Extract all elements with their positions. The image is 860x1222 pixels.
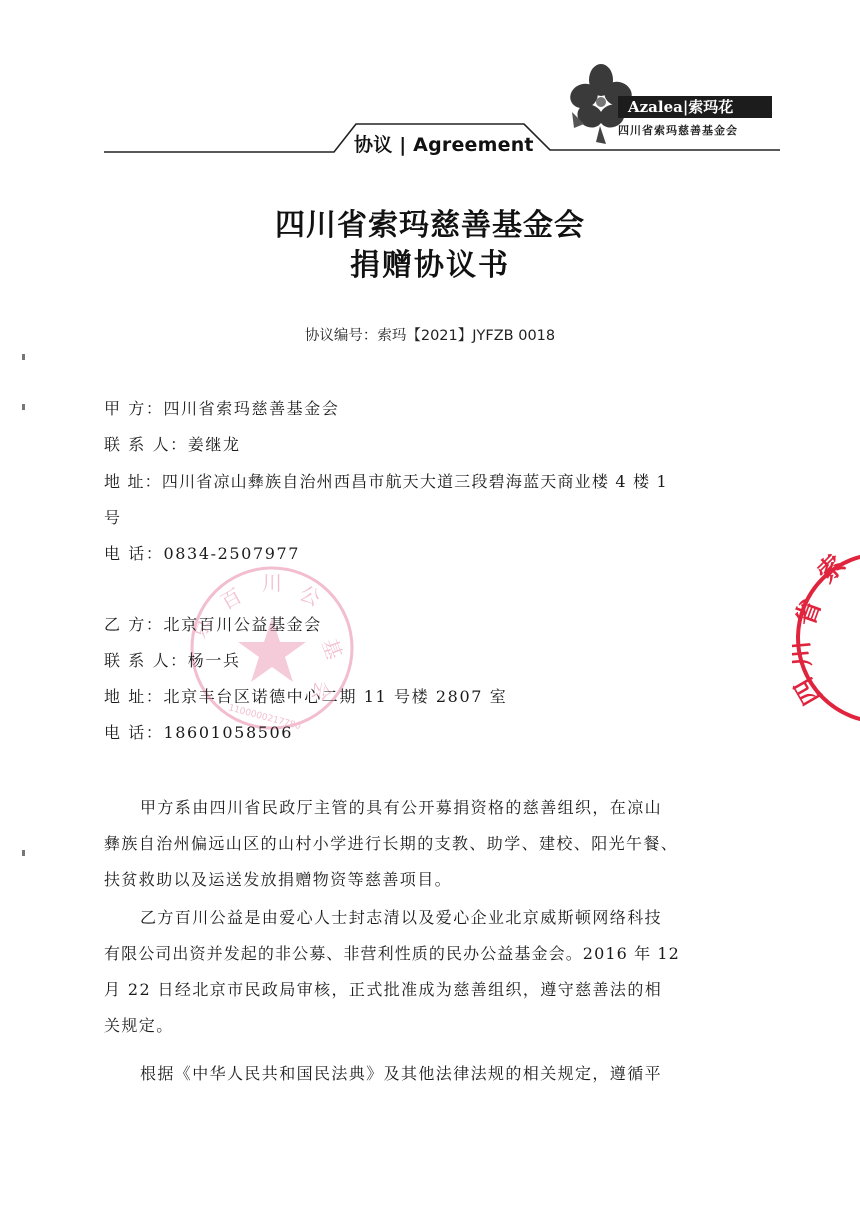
svg-text:川: 川 xyxy=(262,571,282,595)
paragraph-line: 扶贫救助以及运送发放捐赠物资等慈善项目。 xyxy=(104,862,764,898)
party-a-address: 地 址：四川省凉山彝族自治州西昌市航天大道三段碧海蓝天商业楼 4 楼 1 xyxy=(104,469,668,492)
paragraph-party-b-intro: 乙方百川公益是由爱心人士封志清以及爱心企业北京威斯顿网络科技 有限公司出资并发起… xyxy=(104,900,764,1044)
agreement-number: 协议编号：索玛【2021】JYFZB 0018 xyxy=(0,324,860,345)
logo-brand: Azalea|索玛花 xyxy=(618,96,772,118)
party-a-name: 甲 方：四川省索玛慈善基金会 xyxy=(104,396,340,419)
paragraph-line: 月 22 日经北京市民政局审核，正式批准成为慈善组织，遵守慈善法的相 xyxy=(104,972,764,1008)
party-b-phone: 电 话：18601058506 xyxy=(104,720,293,743)
section-label: 协议 | Agreement xyxy=(354,130,534,157)
party-a-phone: 电 话：0834-2507977 xyxy=(104,541,300,564)
svg-text:四: 四 xyxy=(792,672,828,710)
party-b-address: 地 址：北京丰台区诺德中心二期 11 号楼 2807 室 xyxy=(104,684,507,707)
scan-mark xyxy=(22,404,25,410)
paragraph-line: 根据《中华人民共和国民法典》及其他法律法规的相关规定，遵循平 xyxy=(104,1056,764,1092)
paragraph-party-a-intro: 甲方系由四川省民政厅主管的具有公开募捐资格的慈善组织，在凉山 彝族自治州偏远山区… xyxy=(104,790,764,898)
paragraph-legal-basis: 根据《中华人民共和国民法典》及其他法律法规的相关规定，遵循平 xyxy=(104,1056,764,1092)
party-a-seal: 索 省 川 四 xyxy=(792,548,860,728)
party-b-name: 乙 方：北京百川公益基金会 xyxy=(104,612,322,635)
document-title: 四川省索玛慈善基金会 xyxy=(0,200,860,244)
scan-mark xyxy=(22,850,25,856)
paragraph-line: 甲方系由四川省民政厅主管的具有公开募捐资格的慈善组织，在凉山 xyxy=(104,790,764,826)
document-subtitle: 捐赠协议书 xyxy=(0,240,860,284)
party-a-contact: 联 系 人：姜继龙 xyxy=(104,432,241,455)
party-a-address-cont: 号 xyxy=(104,505,122,528)
paragraph-line: 乙方百川公益是由爱心人士封志清以及爱心企业北京威斯顿网络科技 xyxy=(104,900,764,936)
scan-mark xyxy=(22,354,25,360)
paragraph-line: 有限公司出资并发起的非公募、非营利性质的民办公益基金会。2016 年 12 xyxy=(104,936,764,972)
paragraph-line: 彝族自治州偏远山区的山村小学进行长期的支教、助学、建校、阳光午餐、 xyxy=(104,826,764,862)
svg-text:基: 基 xyxy=(317,636,346,663)
svg-text:川: 川 xyxy=(792,639,817,668)
party-b-contact: 联 系 人：杨一兵 xyxy=(104,648,241,671)
paragraph-line: 关规定。 xyxy=(104,1008,764,1044)
